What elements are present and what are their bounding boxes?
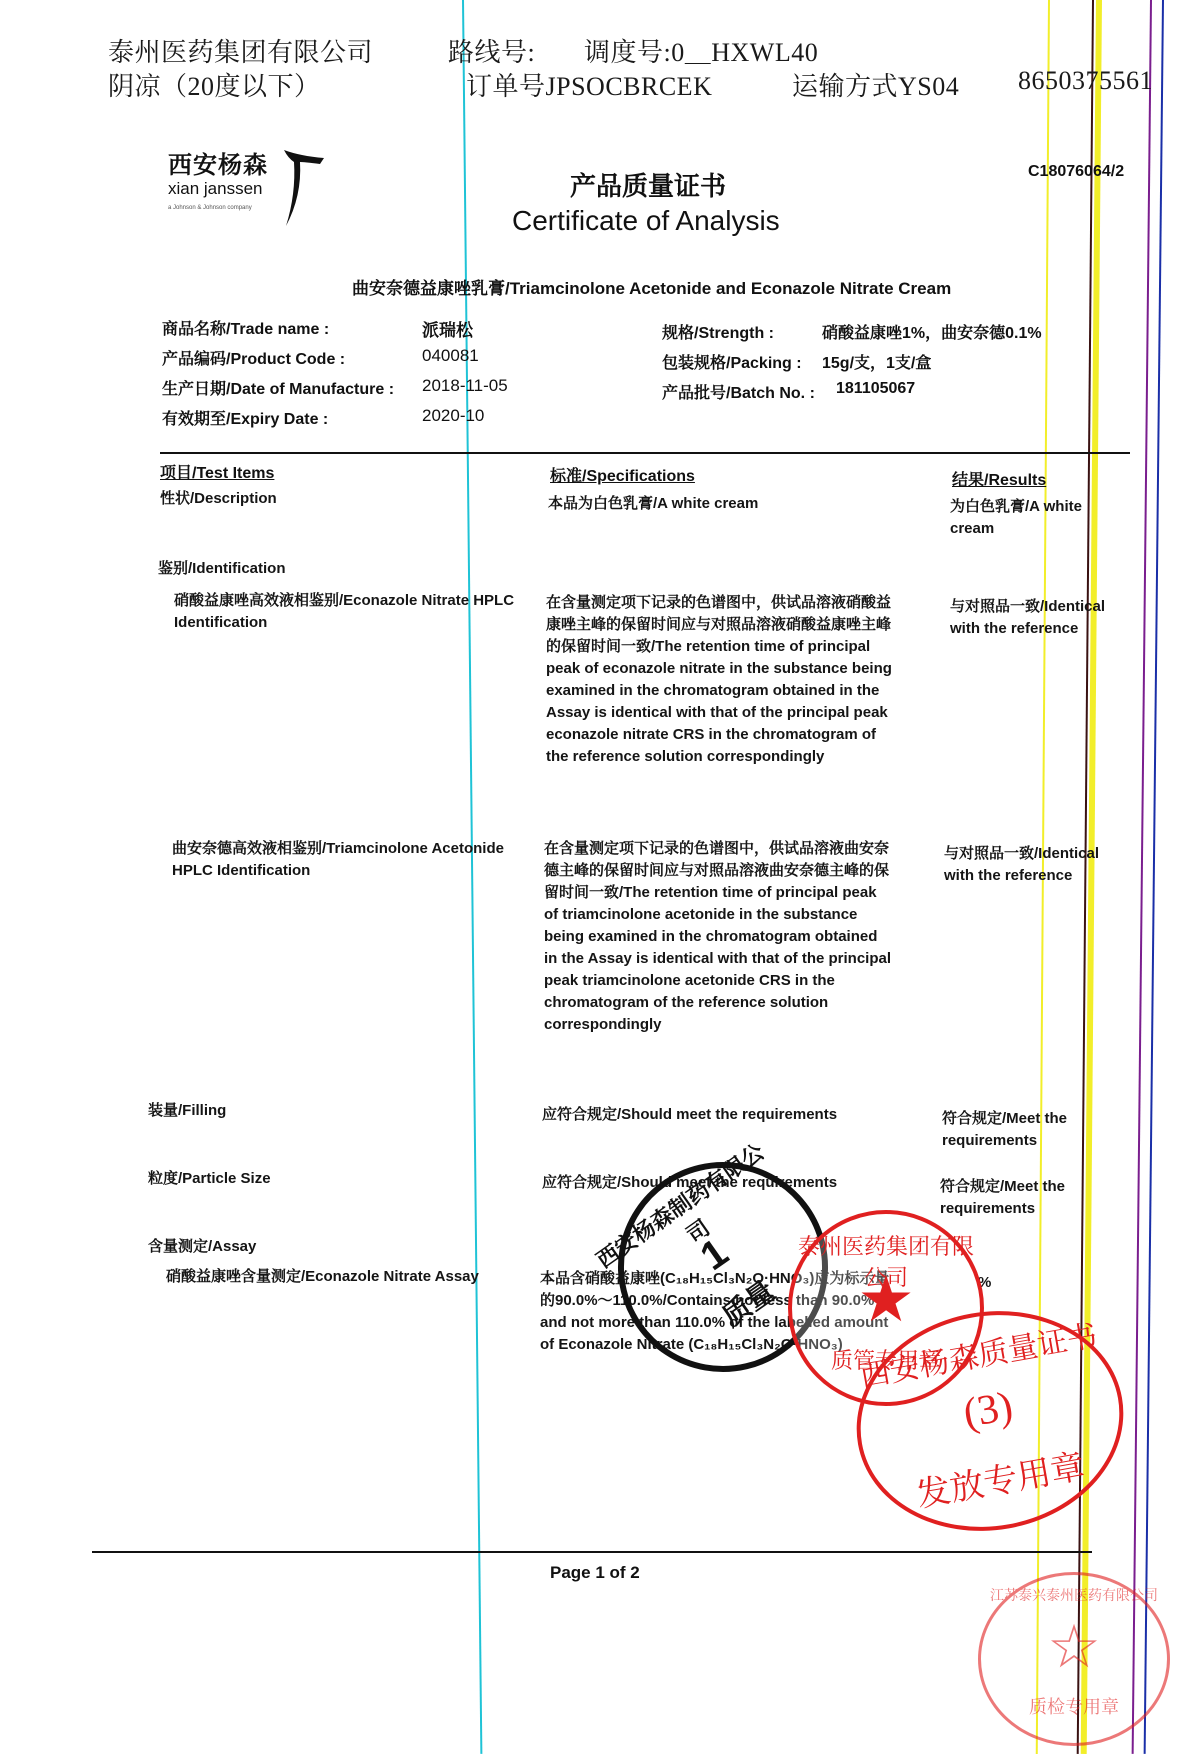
row-triamcinolone-id-item: 曲安奈德高效液相鉴别/Triamcinolone Acetonide HPLC …: [172, 838, 544, 882]
fax-storage: 阴凉（20度以下）: [108, 66, 321, 103]
xian-janssen-logo: 西安杨森 xian janssen a Johnson & Johnson co…: [168, 152, 318, 242]
row-identification-item: 鉴别/Identification: [158, 558, 286, 580]
scan-line-purple: [1132, 0, 1152, 1754]
row-econazole-id-spec: 在含量测定项下记录的色谱图中，供试品溶液硝酸益康唑主峰的保留时间应与对照品溶液硝…: [546, 592, 896, 768]
column-header-specifications: 标准/Specifications: [550, 463, 695, 486]
row-description-result: 为白色乳膏/A white cream: [950, 496, 1100, 540]
row-filling-result: 符合规定/Meet the requirements: [942, 1108, 1092, 1152]
row-triamcinolone-id-result: 与对照品一致/Identical with the reference: [944, 843, 1114, 887]
row-econazole-assay-item: 硝酸益康唑含量测定/Econazole Nitrate Assay: [166, 1266, 479, 1288]
strength-label: 规格/Strength :: [662, 320, 774, 343]
row-assay-item: 含量测定/Assay: [148, 1236, 256, 1258]
fax-route: 路线号:: [448, 32, 535, 69]
packing-label: 包装规格/Packing :: [662, 350, 802, 373]
title-en: Certificate of Analysis: [512, 205, 780, 237]
fax-transport: 运输方式YS04: [792, 66, 959, 103]
fax-order-no: 订单号JPSOCBRCEK: [466, 66, 712, 103]
expiry-date-value: 2020-10: [422, 406, 484, 426]
footer-divider: [92, 1551, 1092, 1553]
column-header-results: 结果/Results: [952, 467, 1046, 490]
red-stamp-jiangsu-bottom: 质检专用章: [981, 1693, 1167, 1719]
page-indicator: Page 1 of 2: [550, 1563, 640, 1583]
column-header-test-items: 项目/Test Items: [160, 460, 274, 483]
title-cn: 产品质量证书: [570, 166, 726, 203]
logo-swoosh-icon: [280, 146, 326, 236]
product-code-value: 040081: [422, 346, 479, 366]
fax-phone: 8650375561: [1018, 66, 1153, 96]
batch-no-value: 181105067: [836, 380, 915, 398]
red-stamp-jiangsu: 江苏泰兴泰州医药有限公司 ☆ 质检专用章: [978, 1572, 1170, 1746]
row-econazole-id-result: 与对照品一致/Identical with the reference: [950, 596, 1120, 640]
product-full-name: 曲安奈德益康唑乳膏/Triamcinolone Acetonide and Ec…: [352, 274, 951, 299]
manufacture-date-label: 生产日期/Date of Manufacture :: [162, 376, 394, 399]
strength-value: 硝酸益康唑1%，曲安奈德0.1%: [822, 320, 1042, 343]
expiry-date-label: 有效期至/Expiry Date :: [162, 406, 328, 429]
row-filling-item: 装量/Filling: [148, 1100, 226, 1122]
row-particle-size-result: 符合规定/Meet the requirements: [940, 1176, 1090, 1220]
star-icon-outline: ☆: [981, 1615, 1167, 1679]
row-particle-size-item: 粒度/Particle Size: [148, 1168, 271, 1190]
batch-no-label: 产品批号/Batch No. :: [662, 380, 815, 403]
manufacture-date-value: 2018-11-05: [422, 376, 508, 396]
doc-number: C18076064/2: [1028, 163, 1124, 181]
packing-value: 15g/支，1支/盒: [822, 350, 931, 373]
red-stamp-jiangsu-text: 江苏泰兴泰州医药有限公司: [981, 1585, 1167, 1605]
row-econazole-id-item: 硝酸益康唑高效液相鉴别/Econazole Nitrate HPLC Ident…: [174, 590, 546, 634]
fax-dispatch: 调度号:0＿HXWL40: [584, 32, 818, 69]
product-code-label: 产品编码/Product Code :: [162, 346, 345, 369]
fax-company: 泰州医药集团有限公司: [108, 32, 373, 69]
row-description-spec: 本品为白色乳膏/A white cream: [548, 493, 758, 515]
row-triamcinolone-id-spec: 在含量测定项下记录的色谱图中，供试品溶液曲安奈德主峰的保留时间应与对照品溶液曲安…: [544, 838, 894, 1036]
row-filling-spec: 应符合规定/Should meet the requirements: [542, 1104, 837, 1126]
row-description-item: 性状/Description: [160, 488, 277, 510]
header-divider: [160, 452, 1130, 454]
trade-name-label: 商品名称/Trade name :: [162, 316, 329, 339]
trade-name-value: 派瑞松: [422, 316, 473, 341]
